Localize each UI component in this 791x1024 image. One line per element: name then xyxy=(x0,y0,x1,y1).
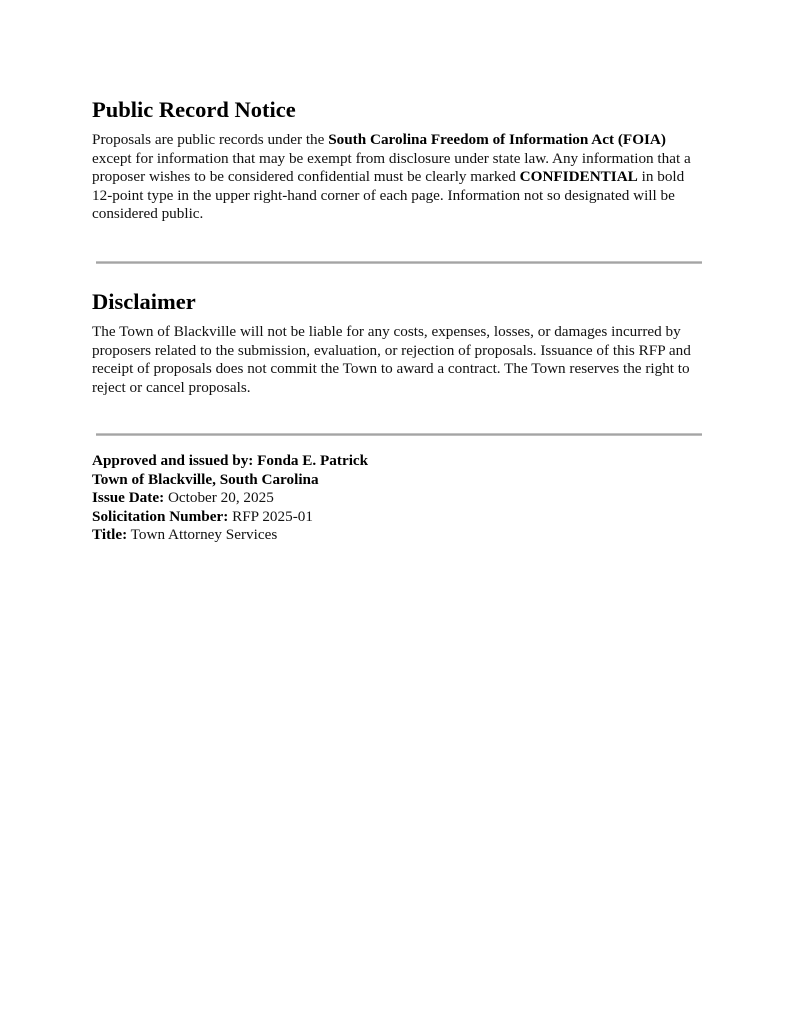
disclaimer-body: The Town of Blackville will not be liabl… xyxy=(92,323,707,397)
foia-reference: South Carolina Freedom of Information Ac… xyxy=(328,131,666,148)
disclaimer-heading: Disclaimer xyxy=(92,289,707,315)
public-record-notice-section: Public Record Notice Proposals are publi… xyxy=(92,97,707,224)
solicitation-number-line: Solicitation Number: RFP 2025-01 xyxy=(92,508,707,527)
section-divider xyxy=(96,261,702,264)
body-text: Proposals are public records under the xyxy=(92,131,328,148)
title-line: Title: Town Attorney Services xyxy=(92,526,707,545)
approved-by-text: Approved and issued by: Fonda E. Patrick xyxy=(92,452,368,469)
title-value: Town Attorney Services xyxy=(127,526,277,543)
section-divider xyxy=(96,433,702,436)
disclaimer-section: Disclaimer The Town of Blackville will n… xyxy=(92,289,707,397)
approved-by-line: Approved and issued by: Fonda E. Patrick xyxy=(92,452,707,471)
town-text: Town of Blackville, South Carolina xyxy=(92,471,319,488)
issue-date-label: Issue Date: xyxy=(92,489,164,506)
title-label: Title: xyxy=(92,526,127,543)
town-line: Town of Blackville, South Carolina xyxy=(92,471,707,490)
solicitation-number-value: RFP 2025-01 xyxy=(228,508,313,525)
confidential-marker: CONFIDENTIAL xyxy=(520,168,638,185)
solicitation-number-label: Solicitation Number: xyxy=(92,508,228,525)
public-record-notice-body: Proposals are public records under the S… xyxy=(92,131,707,224)
issue-date-line: Issue Date: October 20, 2025 xyxy=(92,489,707,508)
signature-block: Approved and issued by: Fonda E. Patrick… xyxy=(92,452,707,545)
public-record-notice-heading: Public Record Notice xyxy=(92,97,707,123)
issue-date-value: October 20, 2025 xyxy=(164,489,274,506)
